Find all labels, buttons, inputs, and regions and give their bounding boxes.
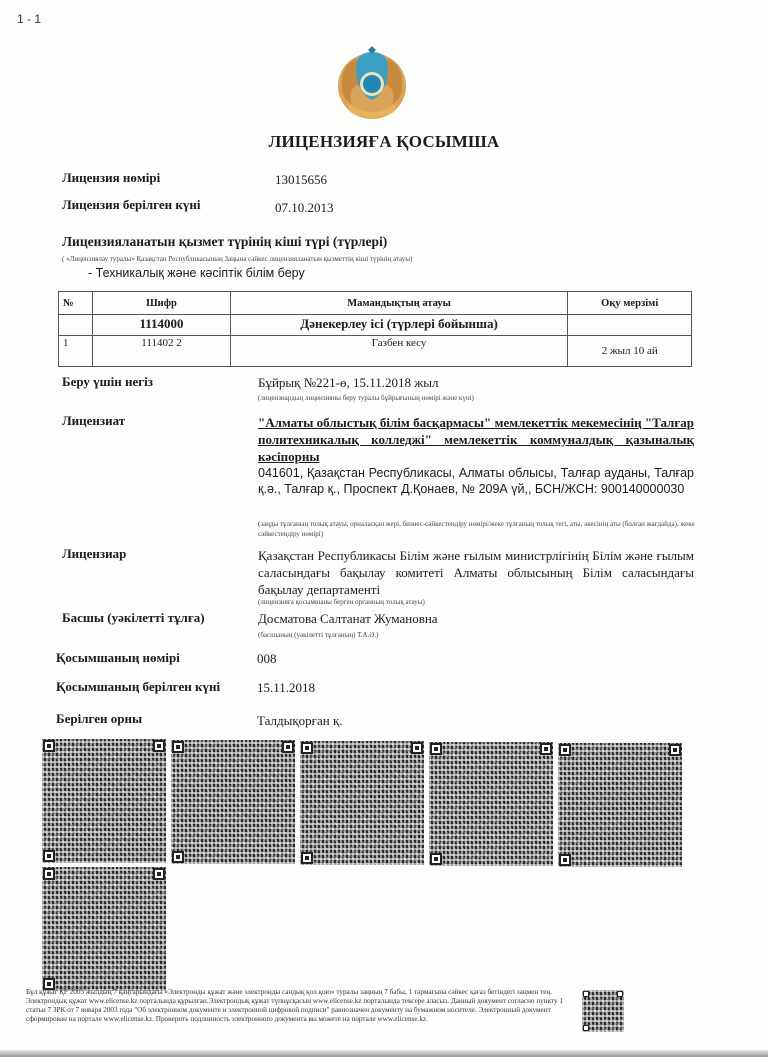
basis-label: Беру үшін негіз [62, 374, 153, 390]
appendix-date-label: Қосымшаның берілген күні [56, 679, 220, 695]
col-header-no: № [59, 292, 93, 315]
appendix-number: 008 [257, 651, 277, 667]
licensor-value: Қазақстан Республикасы Білім және ғылым … [258, 547, 694, 598]
activity-subtype-item: - Техникалық және кәсіптік білім беру [88, 266, 305, 280]
group-term [568, 315, 692, 336]
document-title: ЛИЦЕНЗИЯҒА ҚОСЫМША [0, 132, 768, 152]
table-header-row: № Шифр Мамандықтың атауы Оқу мерзімі [59, 292, 692, 315]
activity-subtype-title: Лицензияланатын қызмет түрінің кіші түрі… [62, 234, 387, 250]
col-header-code: Шифр [93, 292, 230, 315]
head-note: (басшының (уәкілетті тұлғаның) Т.А.Ә.) [258, 631, 378, 639]
group-no [59, 315, 93, 336]
licensee-label: Лицензиат [62, 413, 125, 429]
qr-code-2 [171, 740, 295, 864]
col-header-name: Мамандықтың атауы [230, 292, 568, 315]
table-group-row: 1114000 Дәнекерлеу ісі (түрлері бойынша) [59, 315, 692, 336]
place-value: Талдықорған қ. [257, 713, 343, 729]
qr-code-1 [42, 739, 166, 863]
scan-edge [0, 1050, 768, 1057]
licensor-label: Лицензиар [62, 546, 126, 562]
basis-note: (лицензиардың лицензияны беру туралы бұй… [258, 394, 474, 402]
group-name: Дәнекерлеу ісі (түрлері бойынша) [230, 315, 568, 336]
state-emblem-icon [334, 46, 410, 122]
license-date-label: Лицензия берілген күні [62, 197, 201, 213]
appendix-date: 15.11.2018 [257, 680, 315, 696]
appendix-number-label: Қосымшаның нөмірі [56, 650, 180, 666]
license-date: 07.10.2013 [275, 200, 334, 216]
row-code: 111402 2 [93, 336, 230, 367]
row-term: 2 жыл 10 ай [568, 336, 692, 367]
licensee-name: "Алматы облыстық білім басқармасы" мемле… [258, 414, 694, 465]
footer-qr-code [582, 990, 624, 1032]
licensee-note: (заңды тұлғаның толық атауы, орналасқан … [258, 519, 698, 539]
qr-code-6 [42, 867, 166, 991]
page-number: 1 - 1 [17, 12, 41, 26]
qr-code-3 [300, 741, 424, 865]
head-label: Басшы (уәкілетті тұлға) [62, 610, 205, 626]
basis-value: Бұйрық №221-ө, 15.11.2018 жыл [258, 375, 438, 391]
qr-code-4 [429, 742, 553, 866]
group-code: 1114000 [93, 315, 230, 336]
col-header-term: Оқу мерзімі [568, 292, 692, 315]
legal-footer-text: Бұл құжат ҚР 2003 жылдың 7 қаңтарындағы … [26, 988, 576, 1024]
head-value: Досматова Салтанат Жумановна [258, 611, 438, 627]
license-number: 13015656 [275, 172, 327, 188]
qr-code-5 [558, 743, 682, 867]
table-row: 1 111402 2 Газбен кесу 2 жыл 10 ай [59, 336, 692, 367]
licensor-note: (лицензияға қосымшаны берген органның то… [258, 598, 425, 606]
specialty-table: № Шифр Мамандықтың атауы Оқу мерзімі 111… [58, 291, 692, 367]
row-name: Газбен кесу [230, 336, 568, 367]
activity-subtype-note: ( «Лицензиялау туралы» Қазақстан Республ… [62, 255, 412, 263]
licensee-address: 041601, Қазақстан Республикасы, Алматы о… [258, 465, 694, 497]
place-label: Берілген орны [56, 711, 142, 727]
license-number-label: Лицензия нөмірі [62, 170, 160, 186]
row-no: 1 [59, 336, 93, 367]
